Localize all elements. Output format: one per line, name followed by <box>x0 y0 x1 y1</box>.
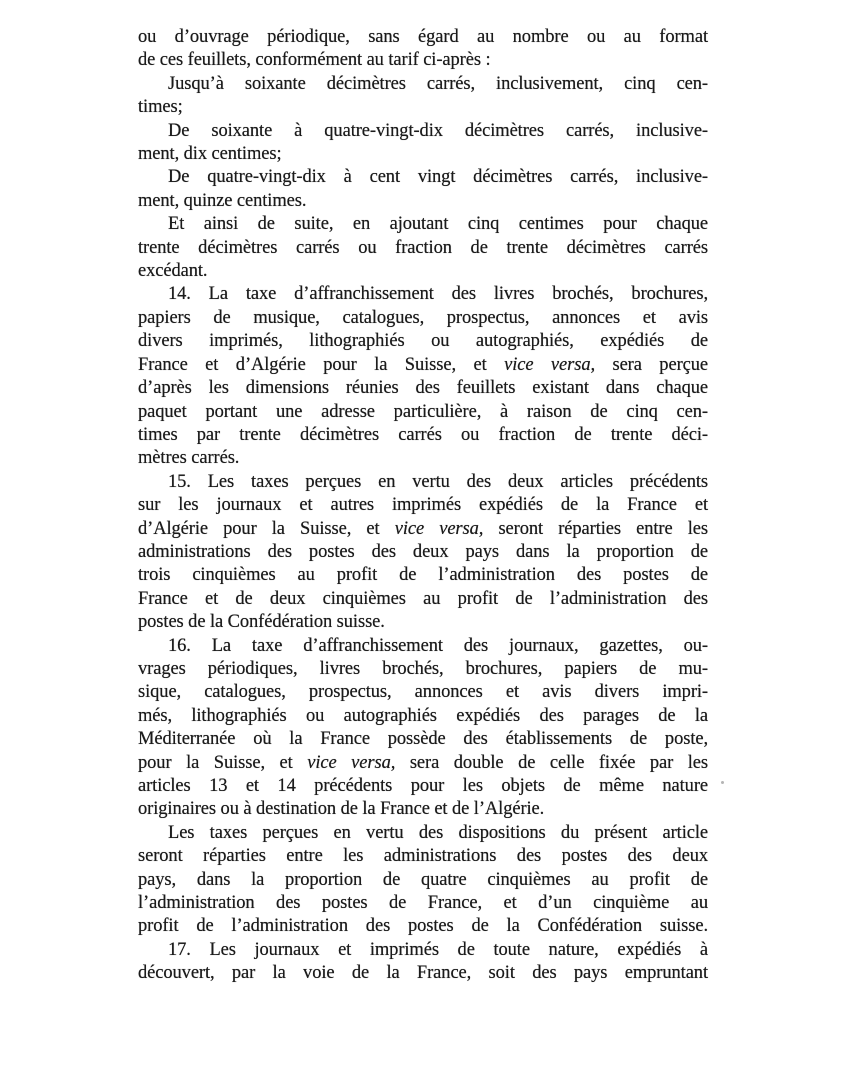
text-run: De quatre-vingt-dix à cent vingt décimèt… <box>168 167 708 187</box>
text-line: profit de l’administration des postes de… <box>138 915 708 938</box>
text-run: times; <box>138 97 183 117</box>
text-line: 15. Les taxes perçues en vertu des deux … <box>138 471 708 494</box>
text-line: 14. La taxe d’affranchissement des livre… <box>138 283 708 306</box>
text-line: trois cinquièmes au profit de l’administ… <box>138 564 708 587</box>
text-line: originaires ou à destination de la Franc… <box>138 798 708 821</box>
text-line: paquet portant une adresse particulière,… <box>138 401 708 424</box>
text-line: més, lithographiés ou autographiés expéd… <box>138 705 708 728</box>
text-run: Méditerranée où la France possède des ét… <box>138 729 708 749</box>
italic-text-run: vice versa, <box>504 355 595 375</box>
text-line: d’après les dimensions réunies des feuil… <box>138 377 708 400</box>
text-run: 15. Les taxes perçues en vertu des deux … <box>168 472 708 492</box>
text-run: originaires ou à destination de la Franc… <box>138 799 544 819</box>
text-line: mètres carrés. <box>138 447 708 470</box>
text-run: paquet portant une adresse particulière,… <box>138 402 708 422</box>
text-run: mètres carrés. <box>138 448 239 468</box>
text-line: 16. La taxe d’affranchissement des journ… <box>138 635 708 658</box>
scan-artifact-dot <box>721 781 724 784</box>
text-run: administrations des postes des deux pays… <box>138 542 708 562</box>
scanned-book-page: ou d’ouvrage périodique, sans égard au n… <box>0 0 846 1077</box>
text-run: vrages périodiques, livres brochés, broc… <box>138 659 708 679</box>
italic-text-run: vice versa, <box>395 519 484 539</box>
text-line: de ces feuillets, conformément au tarif … <box>138 49 708 72</box>
text-line: papiers de musique, catalogues, prospect… <box>138 307 708 330</box>
text-line: De quatre-vingt-dix à cent vingt décimèt… <box>138 166 708 189</box>
text-run: l’administration des postes de France, e… <box>138 893 708 913</box>
text-line: découvert, par la voie de la France, soi… <box>138 962 708 985</box>
text-run: ment, dix centimes; <box>138 144 282 164</box>
text-run: Les taxes perçues en vertu des dispositi… <box>168 823 708 843</box>
text-line: trente décimètres carrés ou fraction de … <box>138 237 708 260</box>
text-line: pour la Suisse, et vice versa, sera doub… <box>138 752 708 775</box>
text-line: Jusqu’à soixante décimètres carrés, incl… <box>138 73 708 96</box>
text-line: divers imprimés, lithographiés ou autogr… <box>138 330 708 353</box>
text-line: sur les journaux et autres imprimés expé… <box>138 494 708 517</box>
text-run: Et ainsi de suite, en ajoutant cinq cent… <box>168 214 708 234</box>
text-line: Méditerranée où la France possède des ét… <box>138 728 708 751</box>
page-text-block: ou d’ouvrage périodique, sans égard au n… <box>138 26 708 986</box>
text-run: France et d’Algérie pour la Suisse, et <box>138 355 504 375</box>
text-line: Et ainsi de suite, en ajoutant cinq cent… <box>138 213 708 236</box>
text-run: trente décimètres carrés ou fraction de … <box>138 238 708 258</box>
text-run: 16. La taxe d’affranchissement des journ… <box>168 636 708 656</box>
text-run: d’après les dimensions réunies des feuil… <box>138 378 708 398</box>
text-run: de ces feuillets, conformément au tarif … <box>138 50 491 70</box>
text-run: ment, quinze centimes. <box>138 191 306 211</box>
text-run: excédant. <box>138 261 207 281</box>
text-line: d’Algérie pour la Suisse, et vice versa,… <box>138 518 708 541</box>
text-run: divers imprimés, lithographiés ou autogr… <box>138 331 708 351</box>
text-run: 14. La taxe d’affranchissement des livre… <box>168 284 708 304</box>
text-line: l’administration des postes de France, e… <box>138 892 708 915</box>
text-line: seront réparties entre les administratio… <box>138 845 708 868</box>
text-run: times par trente décimètres carrés ou fr… <box>138 425 708 445</box>
text-run: d’Algérie pour la Suisse, et <box>138 519 395 539</box>
text-run: profit de l’administration des postes de… <box>138 916 708 936</box>
text-run: articles 13 et 14 précédents pour les ob… <box>138 776 708 796</box>
text-run: sera double de celle fixée par les <box>395 753 708 773</box>
text-line: France et d’Algérie pour la Suisse, et v… <box>138 354 708 377</box>
text-run: pays, dans la proportion de quatre cinqu… <box>138 870 708 890</box>
text-line: ment, dix centimes; <box>138 143 708 166</box>
text-run: sur les journaux et autres imprimés expé… <box>138 495 708 515</box>
text-line: France et de deux cinquièmes au profit d… <box>138 588 708 611</box>
text-line: times; <box>138 96 708 119</box>
text-run: sique, catalogues, prospectus, annonces … <box>138 682 708 702</box>
text-run: ou d’ouvrage périodique, sans égard au n… <box>138 27 708 47</box>
text-line: vrages périodiques, livres brochés, broc… <box>138 658 708 681</box>
italic-text-run: vice versa, <box>307 753 395 773</box>
text-line: De soixante à quatre-vingt-dix décimètre… <box>138 120 708 143</box>
text-run: més, lithographiés ou autographiés expéd… <box>138 706 708 726</box>
text-line: excédant. <box>138 260 708 283</box>
text-line: times par trente décimètres carrés ou fr… <box>138 424 708 447</box>
text-line: Les taxes perçues en vertu des dispositi… <box>138 822 708 845</box>
text-line: articles 13 et 14 précédents pour les ob… <box>138 775 708 798</box>
text-run: seront réparties entre les administratio… <box>138 846 708 866</box>
text-line: postes de la Confédération suisse. <box>138 611 708 634</box>
text-line: 17. Les journaux et imprimés de toute na… <box>138 939 708 962</box>
text-line: ment, quinze centimes. <box>138 190 708 213</box>
text-run: seront réparties entre les <box>483 519 708 539</box>
text-run: pour la Suisse, et <box>138 753 307 773</box>
text-line: administrations des postes des deux pays… <box>138 541 708 564</box>
text-run: postes de la Confédération suisse. <box>138 612 385 632</box>
text-run: sera perçue <box>595 355 708 375</box>
text-run: France et de deux cinquièmes au profit d… <box>138 589 708 609</box>
text-run: papiers de musique, catalogues, prospect… <box>138 308 708 328</box>
text-run: 17. Les journaux et imprimés de toute na… <box>168 940 708 960</box>
text-run: trois cinquièmes au profit de l’administ… <box>138 565 708 585</box>
text-line: ou d’ouvrage périodique, sans égard au n… <box>138 26 708 49</box>
text-run: De soixante à quatre-vingt-dix décimètre… <box>168 121 708 141</box>
text-run: Jusqu’à soixante décimètres carrés, incl… <box>168 74 708 94</box>
text-run: découvert, par la voie de la France, soi… <box>138 963 708 983</box>
text-line: pays, dans la proportion de quatre cinqu… <box>138 869 708 892</box>
text-line: sique, catalogues, prospectus, annonces … <box>138 681 708 704</box>
